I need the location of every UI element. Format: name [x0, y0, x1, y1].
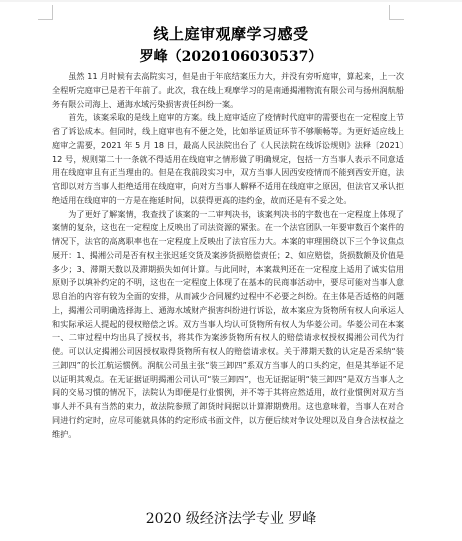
margin-corner-mark-left — [38, 5, 53, 20]
author-id-line: 罗峰（2020106030537） — [0, 46, 462, 66]
document-body: 虽然 11 月时候有去高院实习，但是由于年底结案压力大，并没有旁听庭审，算起来，… — [52, 70, 404, 441]
footer-signature: 2020 级经济法学专业 罗峰 — [0, 508, 462, 528]
paragraph-case-analysis: 为了更好了解案情，我查找了该案的一二审判决书，该案判决书的字数也在一定程度上体现… — [52, 208, 404, 442]
margin-corner-mark-right — [389, 5, 404, 20]
paragraph-online-trial: 首先，该案采取的是线上庭审的方案。线上庭审适应了疫情时代庭审的需要也在一定程度上… — [52, 111, 404, 207]
paragraph-intro: 虽然 11 月时候有去高院实习，但是由于年底结案压力大，并没有旁听庭审，算起来，… — [52, 70, 404, 111]
page-top-edge — [0, 0, 462, 2]
page-title: 线上庭审观摩学习感受 — [0, 23, 462, 44]
